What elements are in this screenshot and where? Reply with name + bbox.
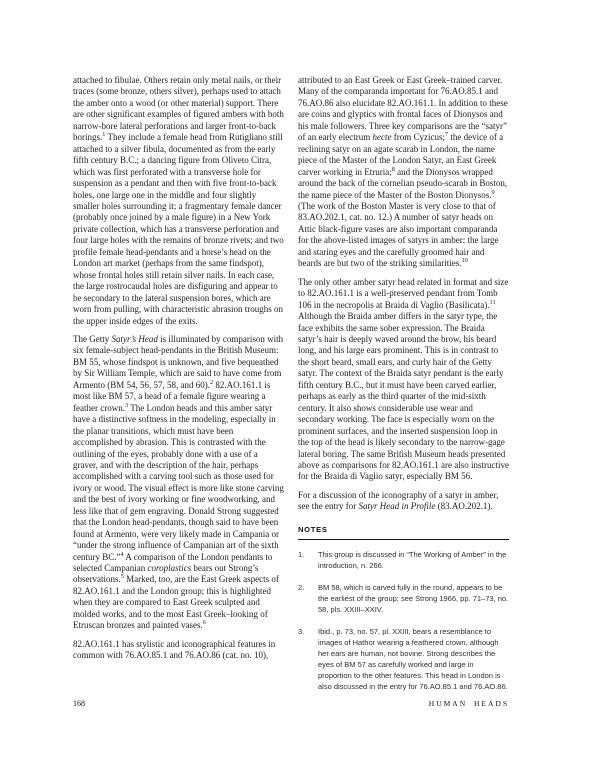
note-item: 1. This group is discussed in “The Worki… xyxy=(298,549,509,571)
page-footer: 168 HUMAN HEADS xyxy=(73,699,509,708)
right-column: attributed to an East Greek or East Gree… xyxy=(298,75,509,703)
note-number: 3. xyxy=(298,626,310,692)
note-number: 1. xyxy=(298,549,310,571)
text-run: The only other amber satyr head related … xyxy=(298,277,508,310)
note-item: 2. BM 58, which is carved fully in the r… xyxy=(298,582,509,615)
text-run: from Cyzicus; xyxy=(391,132,445,142)
note-number: 2. xyxy=(298,582,310,615)
body-paragraph: 82.AO.161.1 has stylistic and iconograph… xyxy=(73,639,284,662)
note-ref: 10 xyxy=(461,257,467,264)
notes-list: 1. This group is discussed in “The Worki… xyxy=(298,549,509,692)
italic-text: hecte xyxy=(372,132,391,142)
text-run: BM 58, which is carved fully in the roun… xyxy=(318,583,508,614)
text-run: (83.AO.202.1). xyxy=(435,501,492,511)
text-run: (The work of the Boston Master is very c… xyxy=(298,201,499,268)
italic-text: coroplastics xyxy=(147,563,191,573)
italic-text: Satyr’s Head xyxy=(112,334,158,344)
text-run: 82.AO.161.1 has stylistic and iconograph… xyxy=(73,639,275,660)
text-run: Although the Braida amber differs in the… xyxy=(298,311,509,481)
note-text: This group is discussed in “The Working … xyxy=(318,549,509,571)
text-run: The London heads and this amber satyr ha… xyxy=(73,403,284,562)
note-text: Ibid., p. 73, no. 57, pl. XXIII, bears a… xyxy=(318,626,509,692)
text-run: They include a female head from Rutiglia… xyxy=(73,132,284,325)
notes-divider xyxy=(298,539,509,540)
note-ref: 9 xyxy=(491,189,494,196)
notes-section: NOTES 1. This group is discussed in “The… xyxy=(298,524,509,692)
running-head: HUMAN HEADS xyxy=(429,699,509,708)
body-paragraph: For a discussion of the iconography of a… xyxy=(298,490,509,513)
italic-text: Satyr Head in Profile xyxy=(358,501,435,511)
note-item: 3. Ibid., p. 73, no. 57, pl. XXIII, bear… xyxy=(298,626,509,692)
body-paragraph: The Getty Satyr’s Head is illuminated by… xyxy=(73,334,284,632)
page-number: 168 xyxy=(73,699,85,708)
body-paragraph: The only other amber satyr head related … xyxy=(298,277,509,483)
notes-heading: NOTES xyxy=(298,524,509,535)
body-paragraph: attributed to an East Greek or East Gree… xyxy=(298,75,509,270)
note-ref: 11 xyxy=(490,299,496,306)
text-run: The Getty xyxy=(73,334,112,344)
page: attached to fibulae. Others retain only … xyxy=(0,0,600,762)
note-ref: 6 xyxy=(203,619,206,626)
body-paragraph: attached to fibulae. Others retain only … xyxy=(73,75,284,327)
text-run: Ibid., p. 73, no. 57, pl. XXIII, bears a… xyxy=(318,627,508,691)
text-run: This group is discussed in “The Working … xyxy=(318,550,506,570)
left-column: attached to fibulae. Others retain only … xyxy=(73,75,284,669)
note-text: BM 58, which is carved fully in the roun… xyxy=(318,582,509,615)
